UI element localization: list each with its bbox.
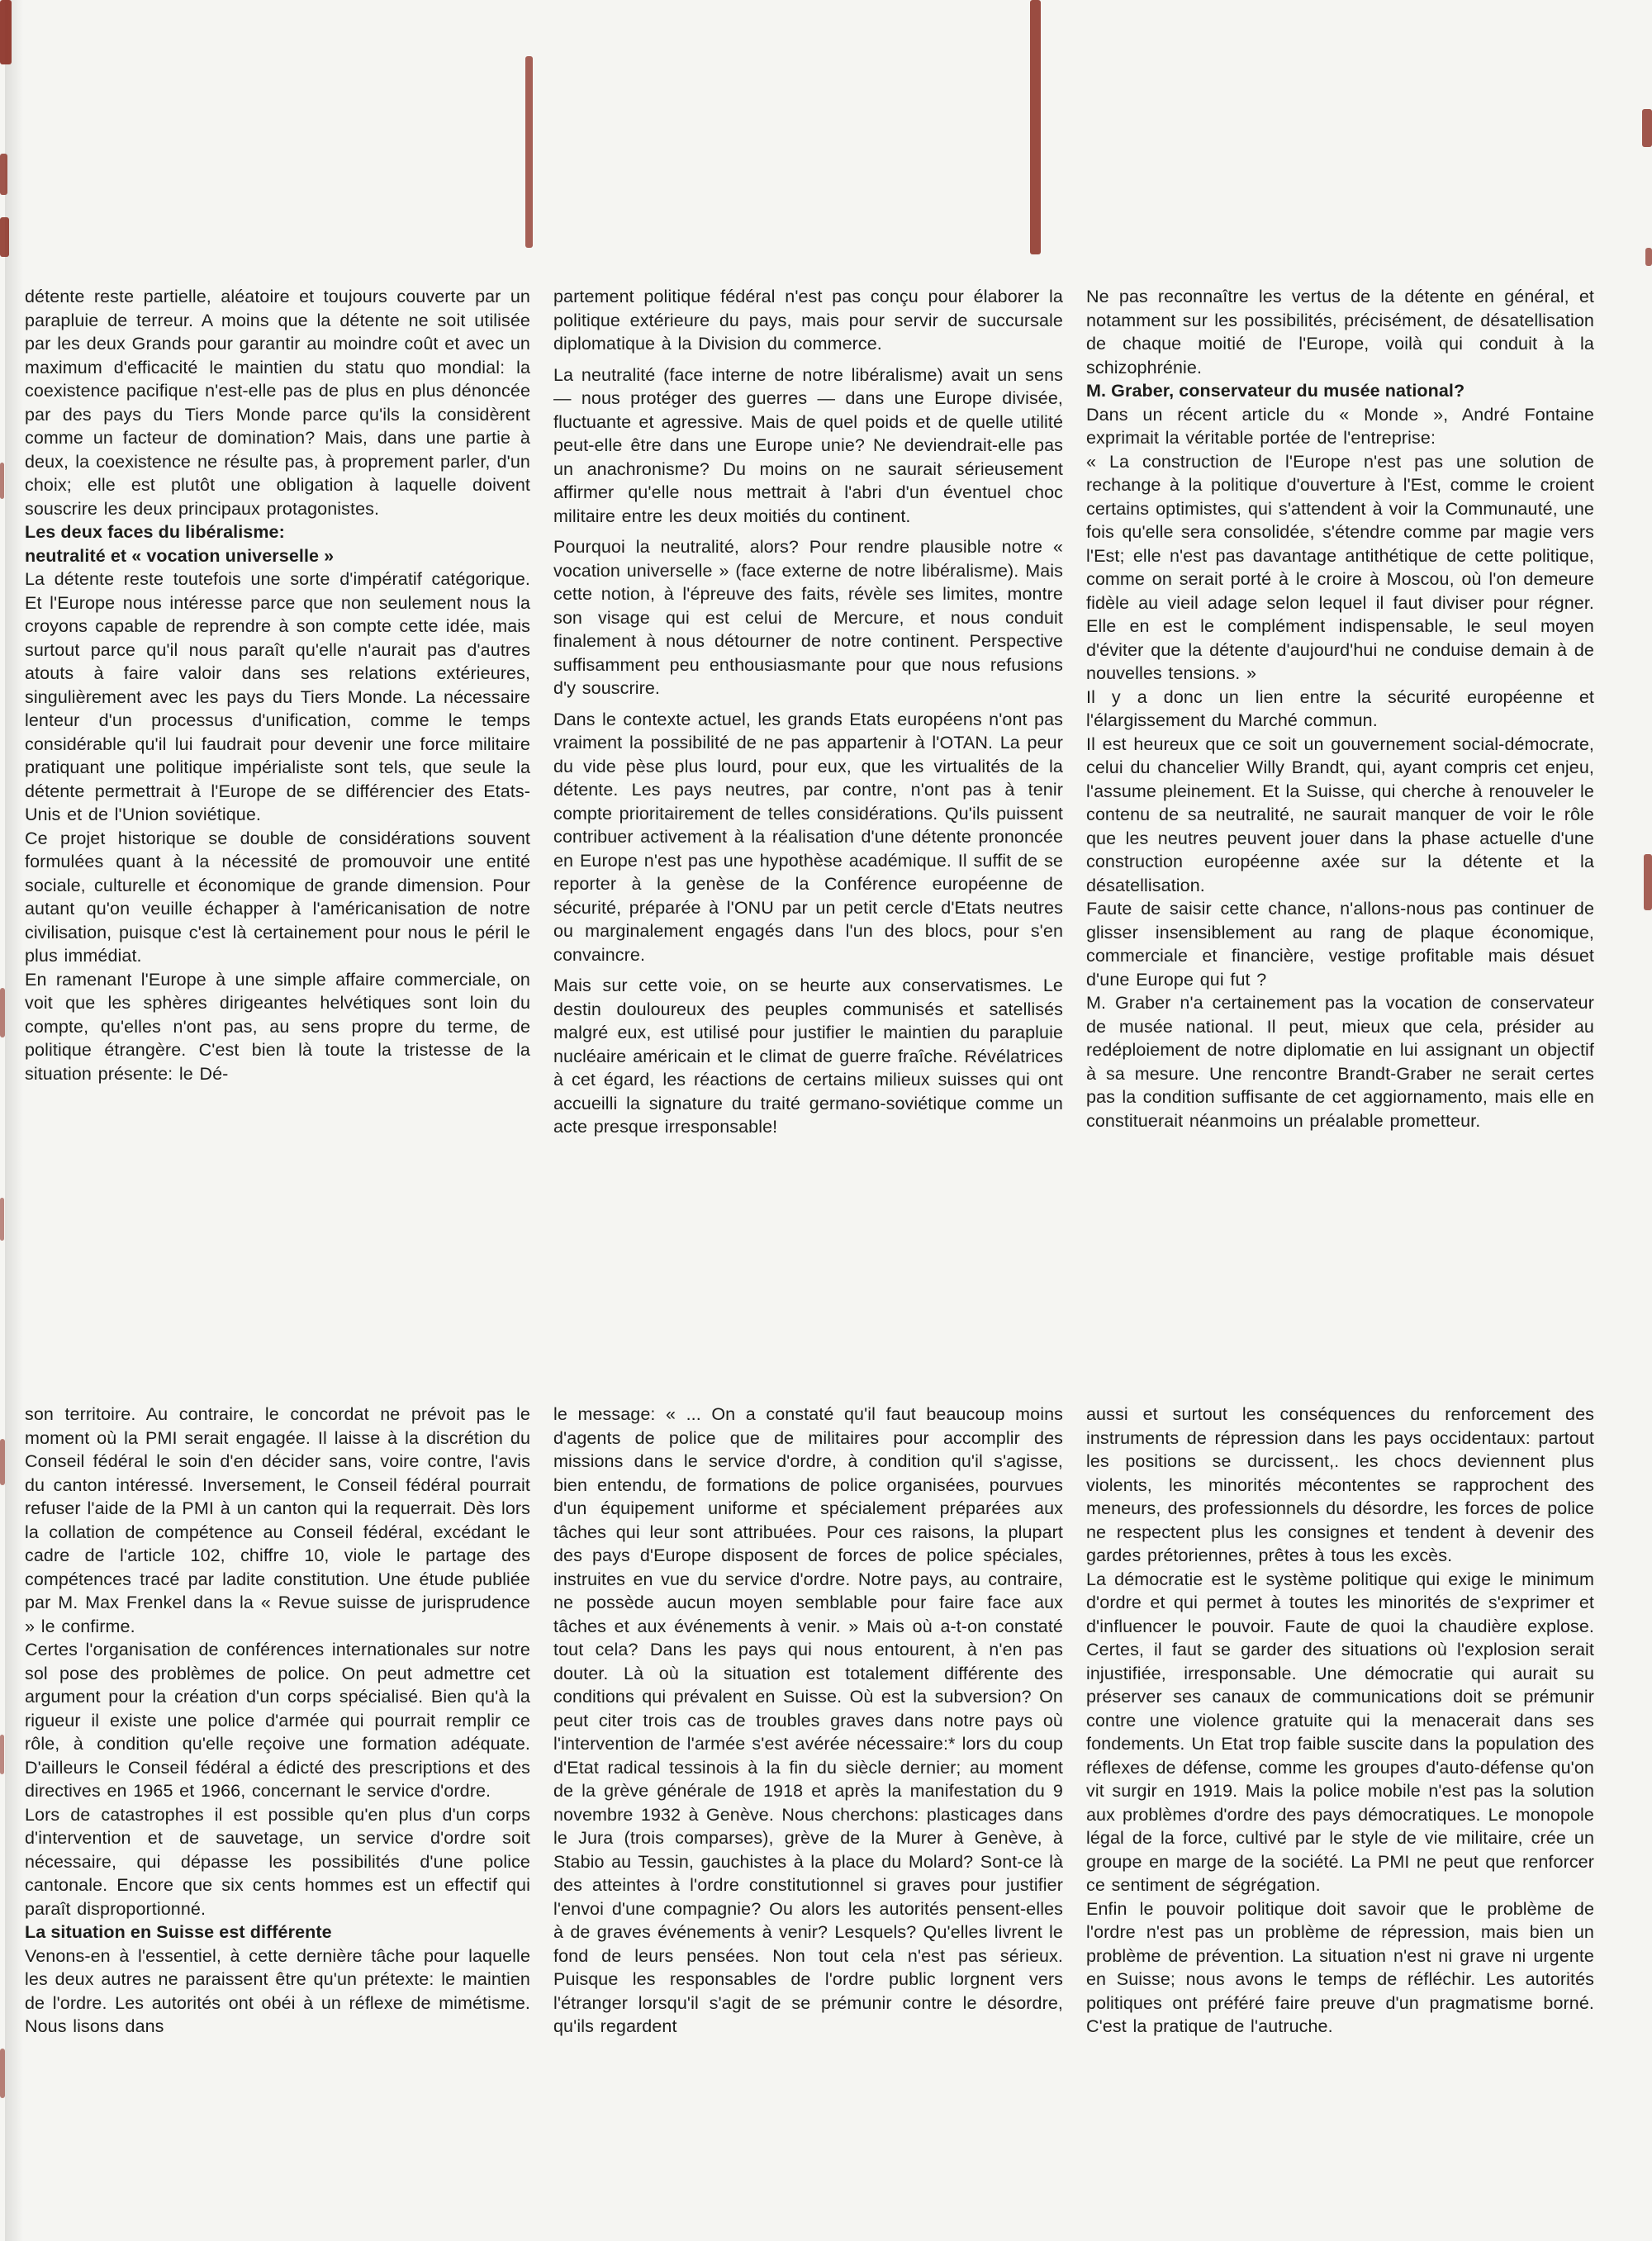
paragraph: « La construction de l'Europe n'est pas … [1086, 450, 1594, 686]
scan-artifact [1644, 854, 1652, 910]
top-column-2: partement politique fédéral n'est pas co… [553, 285, 1063, 1139]
scan-artifact [525, 56, 533, 248]
paragraph: Ce projet historique se double de consid… [25, 827, 530, 968]
top-column-3: Ne pas reconnaître les vertus de la déte… [1086, 285, 1594, 1139]
bottom-column-3: aussi et surtout les conséquences du ren… [1086, 1403, 1594, 2039]
paragraph: Ne pas reconnaître les vertus de la déte… [1086, 285, 1594, 379]
paragraph: La détente reste toutefois une sorte d'i… [25, 567, 530, 827]
scan-artifact [1642, 109, 1652, 147]
article-bottom-section: son territoire. Au contraire, le concord… [25, 1403, 1594, 2039]
scan-artifact [0, 0, 12, 64]
magazine-page: détente reste partielle, aléatoire et to… [0, 0, 1652, 2241]
paragraph: Certes l'organisation de conférences int… [25, 1638, 530, 1803]
scan-artifact [0, 2049, 5, 2098]
paragraph: partement politique fédéral n'est pas co… [553, 285, 1063, 356]
article-top-section: détente reste partielle, aléatoire et to… [25, 285, 1594, 1139]
paragraph: Enfin le pouvoir politique doit savoir q… [1086, 1897, 1594, 2039]
scan-artifact [0, 1198, 4, 1241]
scan-artifact [0, 217, 9, 257]
top-column-1: détente reste partielle, aléatoire et to… [25, 285, 530, 1139]
scan-artifact [0, 1735, 4, 1774]
paragraph: En ramenant l'Europe à une simple affair… [25, 968, 530, 1086]
paragraph: aussi et surtout les conséquences du ren… [1086, 1403, 1594, 1568]
paragraph: Venons-en à l'essentiel, à cette dernièr… [25, 1944, 530, 2039]
scan-gutter-shadow [5, 0, 23, 2241]
paragraph: La neutralité (face interne de notre lib… [553, 363, 1063, 529]
paragraph: son territoire. Au contraire, le concord… [25, 1403, 530, 1638]
scan-artifact [0, 1439, 5, 1485]
bottom-column-2: le message: « ... On a constaté qu'il fa… [553, 1403, 1063, 2039]
paragraph: Dans le contexte actuel, les grands Etat… [553, 708, 1063, 967]
scan-artifact [1645, 248, 1652, 266]
paragraph: Lors de catastrophes il est possible qu'… [25, 1803, 530, 1921]
paragraph: Dans un récent article du « Monde », And… [1086, 403, 1594, 450]
paragraph: Mais sur cette voie, on se heurte aux co… [553, 974, 1063, 1139]
section-heading-liberalisme: Les deux faces du libéralisme: neutralit… [25, 520, 530, 567]
paragraph: Il y a donc un lien entre la sécurité eu… [1086, 686, 1594, 733]
section-heading-graber: M. Graber, conservateur du musée nationa… [1086, 379, 1594, 403]
paragraph: Il est heureux que ce soit un gouverneme… [1086, 733, 1594, 898]
paragraph: M. Graber n'a certainement pas la vocati… [1086, 991, 1594, 1132]
paragraph: Pourquoi la neutralité, alors? Pour rend… [553, 535, 1063, 700]
paragraph: détente reste partielle, aléatoire et to… [25, 285, 530, 520]
scan-artifact [0, 463, 4, 499]
scan-artifact [0, 988, 5, 1037]
paragraph: Faute de saisir cette chance, n'allons-n… [1086, 897, 1594, 991]
section-heading-situation-suisse: La situation en Suisse est différente [25, 1921, 530, 1944]
scan-artifact [1030, 0, 1041, 254]
scan-artifact [0, 154, 7, 195]
bottom-column-1: son territoire. Au contraire, le concord… [25, 1403, 530, 2039]
paragraph: La démocratie est le système politique q… [1086, 1568, 1594, 1897]
paragraph: le message: « ... On a constaté qu'il fa… [553, 1403, 1063, 2039]
